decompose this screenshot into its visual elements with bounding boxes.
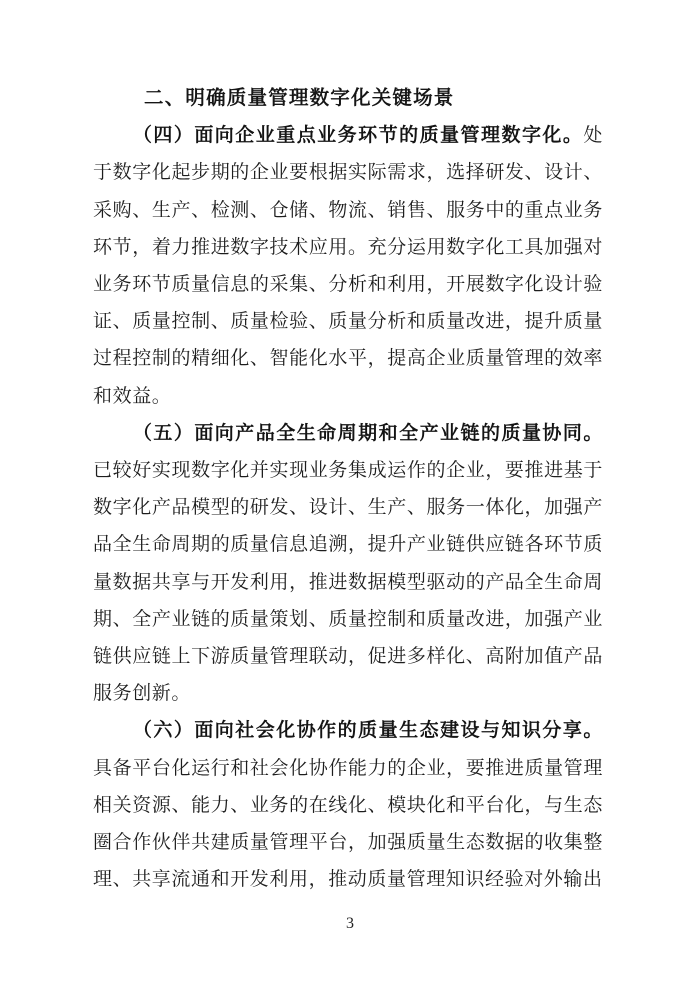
document-content: 二、明确质量管理数字化关键场景 （四）面向企业重点业务环节的质量管理数字化。处于… bbox=[93, 80, 603, 898]
paragraph-4-lead: （四）面向企业重点业务环节的质量管理数字化。 bbox=[133, 125, 584, 146]
paragraph-6: （六）面向社会化协作的质量生态建设与知识分享。具备平台化运行和社会化协作能力的企… bbox=[93, 712, 603, 898]
paragraph-4: （四）面向企业重点业务环节的质量管理数字化。处于数字化起步期的企业要根据实际需求… bbox=[93, 117, 603, 415]
page-number: 3 bbox=[0, 913, 700, 935]
paragraph-6-lead: （六）面向社会化协作的质量生态建设与知识分享。 bbox=[133, 720, 603, 741]
paragraph-5-lead: （五）面向产品全生命周期和全产业链的质量协同。 bbox=[133, 423, 603, 444]
paragraph-5: （五）面向产品全生命周期和全产业链的质量协同。已较好实现数字化并实现业务集成运作… bbox=[93, 415, 603, 713]
paragraph-6-body: 具备平台化运行和社会化协作能力的企业，要推进质量管理相关资源、能力、业务的在线化… bbox=[93, 758, 603, 891]
document-page: 二、明确质量管理数字化关键场景 （四）面向企业重点业务环节的质量管理数字化。处于… bbox=[0, 0, 700, 989]
section-heading: 二、明确质量管理数字化关键场景 bbox=[93, 80, 603, 117]
paragraph-5-body: 已较好实现数字化并实现业务集成运作的企业，要推进基于数字化产品模型的研发、设计、… bbox=[93, 460, 603, 704]
paragraph-4-body: 处于数字化起步期的企业要根据实际需求，选择研发、设计、采购、生产、检测、仓储、物… bbox=[93, 125, 603, 406]
